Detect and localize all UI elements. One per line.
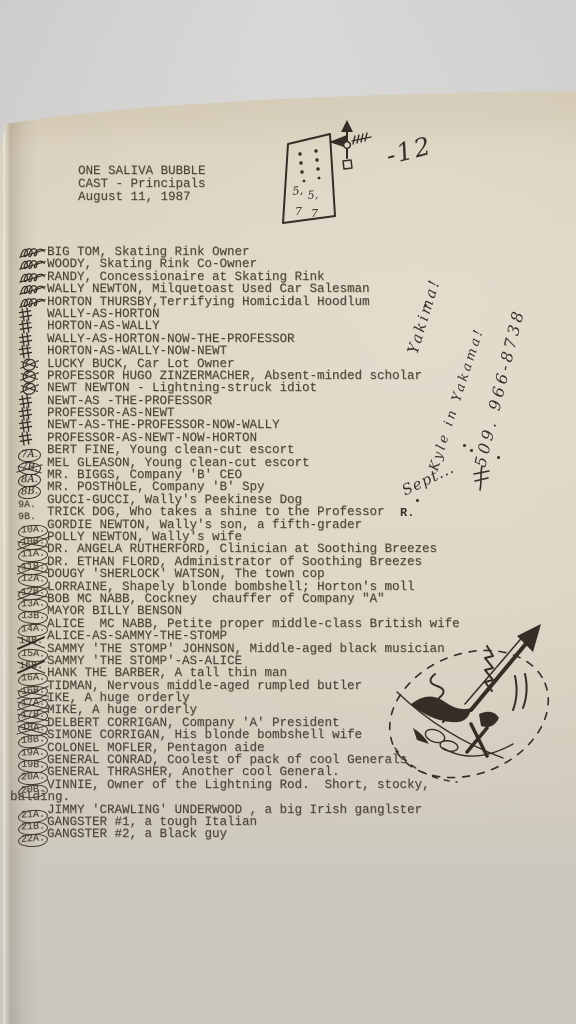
row-marker: 17A. [18, 692, 48, 704]
cast-row: 12A.DOUGY 'SHERLOCK' WATSON, The town co… [0, 568, 576, 580]
row-marker: 22A. [18, 828, 48, 840]
row-text: WALLY NEWTON, Milquetoast Used Car Sales… [47, 283, 576, 295]
row-marker: 15A. [18, 643, 48, 655]
row-text: DOUGY 'SHERLOCK' WATSON, The town cop [47, 568, 576, 580]
row-marker: 14A. [18, 618, 48, 630]
cast-row: 9B.TRICK DOG, Who takes a shine to the P… [0, 506, 576, 518]
row-marker: 18B. [18, 729, 48, 741]
svg-text:7: 7 [295, 205, 302, 218]
row-marker: 17B. [18, 704, 48, 716]
row-marker: 20A. [18, 766, 48, 778]
document-subtitle: CAST - Principals [78, 177, 206, 191]
row-marker: 12B. [18, 581, 48, 593]
photo-of-document: ONE SALIVA BUBBLE CAST - Principals Augu… [0, 0, 576, 1024]
row-text: HORTON-AS-WALLY [47, 320, 576, 332]
row-marker: 7B. [18, 457, 48, 469]
row-marker: 21B. [18, 816, 48, 828]
svg-text:5,: 5, [307, 188, 319, 202]
cast-row: 11A.DR. ANGELA RUTHERFORD, Clinician at … [0, 543, 576, 555]
document-date: August 11, 1987 [78, 190, 191, 204]
ink-speck [416, 499, 419, 502]
ink-speck [470, 449, 473, 452]
row-marker [18, 432, 48, 444]
document-header: ONE SALIVA BUBBLE CAST - Principals Augu… [78, 165, 206, 205]
row-marker: 9A. [18, 494, 48, 506]
row-marker: 19A. [18, 742, 48, 754]
row-text: TRICK DOG, Who takes a shine to the Prof… [47, 506, 576, 518]
row-marker: 8B. [18, 481, 48, 493]
row-marker [18, 791, 48, 803]
ink-speck [497, 456, 500, 459]
row-text: MR. POSTHOLE, Company 'B' Spy [47, 481, 576, 493]
row-marker: 15B. [18, 655, 48, 667]
row-marker: 11B. [18, 556, 48, 568]
row-marker: 12A. [18, 568, 48, 580]
svg-text:5,: 5, [292, 184, 304, 198]
row-text: BERT FINE, Young clean-cut escort [47, 444, 576, 456]
ink-speck [463, 444, 466, 447]
row-text: WOODY, Skating Rink Co-Owner [47, 258, 576, 270]
row-marker: 21A. [18, 804, 48, 816]
r-note: R. [400, 506, 414, 520]
row-marker: 10A. [18, 519, 48, 531]
asterisk-doodle [472, 464, 492, 492]
row-marker: 16B. [18, 680, 48, 692]
svg-text:7: 7 [311, 207, 318, 220]
document-title: ONE SALIVA BUBBLE [78, 164, 206, 178]
row-marker: 19B. [18, 754, 48, 766]
cast-row: WOODY, Skating Rink Co-Owner [0, 258, 576, 270]
ink-scribble-doodle [383, 616, 561, 798]
cast-row: HORTON-AS-WALLY [0, 320, 576, 332]
ink-speck [424, 304, 427, 307]
row-marker: 9B. [18, 506, 48, 518]
row-marker: 8A. [18, 469, 48, 481]
cast-row: 22A.GANGSTER #2, a Black guy [0, 828, 576, 840]
row-marker: 10B. [18, 531, 48, 543]
row-marker: 13B. [18, 605, 48, 617]
weather-vane-doodle [326, 118, 378, 174]
row-marker: 13A. [18, 593, 48, 605]
row-text: GANGSTER #2, a Black guy [47, 828, 576, 840]
cast-row: HORTON-AS-WALLY-NOW-NEWT [0, 345, 576, 357]
row-marker: 16A. [18, 667, 48, 679]
row-marker: 18A. [18, 717, 48, 729]
cast-row: WALLY NEWTON, Milquetoast Used Car Sales… [0, 283, 576, 295]
row-marker: 11A. [18, 543, 48, 555]
row-text: DR. ANGELA RUTHERFORD, Clinician at Soot… [47, 543, 576, 555]
row-marker: 14B. [18, 630, 48, 642]
row-marker: 7A. [18, 444, 48, 456]
